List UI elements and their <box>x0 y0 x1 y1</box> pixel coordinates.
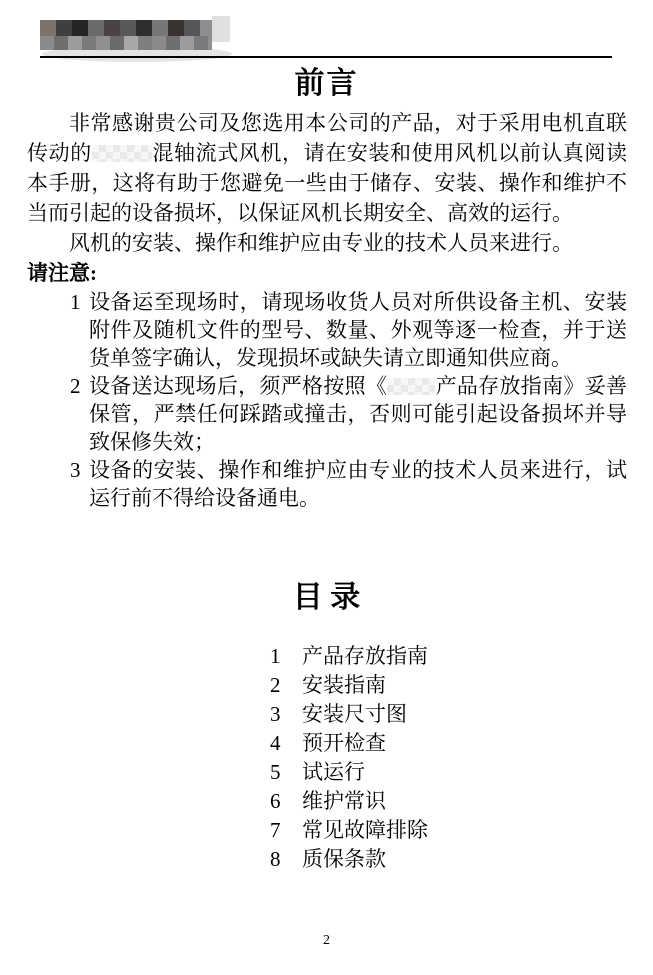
toc-item-label: 产品存放指南 <box>302 642 428 671</box>
preface-paragraph-1: 非常感谢贵公司及您选用本公司的产品，对于采用电机直联传动的混轴流式风机，请在安装… <box>27 108 627 228</box>
toc-item-number: 5 <box>270 758 302 787</box>
document-page: 前言 非常感谢贵公司及您选用本公司的产品，对于采用电机直联传动的混轴流式风机，请… <box>0 0 653 975</box>
toc-item-2: 2 安装指南 <box>270 671 653 700</box>
toc-item-number: 2 <box>270 671 302 700</box>
preface-paragraph-2: 风机的安装、操作和维护应由专业的技术人员来进行。 <box>27 228 627 258</box>
toc-item-number: 6 <box>270 787 302 816</box>
toc-item-6: 6 维护常识 <box>270 787 653 816</box>
notice-item-number: 3 <box>70 456 89 512</box>
toc-item-number: 1 <box>270 642 302 671</box>
notice-item-2-text-before: 设备送达现场后，须严格按照《 <box>89 374 387 398</box>
toc-item-label: 常见故障排除 <box>302 816 428 845</box>
logo-mosaic-row-top <box>40 20 212 36</box>
toc-list: 1 产品存放指南 2 安装指南 3 安装尺寸图 4 预开检查 5 试运行 6 维… <box>270 642 653 874</box>
toc-item-1: 1 产品存放指南 <box>270 642 653 671</box>
notice-heading: 请注意: <box>27 258 653 288</box>
toc-item-5: 5 试运行 <box>270 758 653 787</box>
toc-item-label: 预开检查 <box>302 729 386 758</box>
toc-title: 目 录 <box>0 580 653 616</box>
toc-item-number: 7 <box>270 816 302 845</box>
header-divider-line <box>40 56 612 58</box>
toc-item-number: 4 <box>270 729 302 758</box>
notice-item-1: 1 设备运至现场时，请现场收货人员对所供设备主机、安装附件及随机文件的型号、数量… <box>70 288 627 372</box>
toc-item-number: 8 <box>270 845 302 874</box>
page-content: 前言 非常感谢贵公司及您选用本公司的产品，对于采用电机直联传动的混轴流式风机，请… <box>0 66 653 874</box>
notice-item-2: 2 设备送达现场后，须严格按照《产品存放指南》妥善保管，严禁任何踩踏或撞击，否则… <box>70 372 627 456</box>
toc-item-label: 安装指南 <box>302 671 386 700</box>
page-header <box>0 0 653 60</box>
logo-mosaic-row-bottom <box>40 36 212 50</box>
toc-item-8: 8 质保条款 <box>270 845 653 874</box>
redacted-model-name-block <box>92 145 152 162</box>
toc-item-label: 质保条款 <box>302 845 386 874</box>
notice-item-text: 设备运至现场时，请现场收货人员对所供设备主机、安装附件及随机文件的型号、数量、外… <box>89 288 627 372</box>
notice-item-number: 1 <box>70 288 89 372</box>
notice-item-number: 2 <box>70 372 89 456</box>
redacted-brand-name-block <box>387 378 435 395</box>
toc-item-number: 3 <box>270 700 302 729</box>
toc-item-4: 4 预开检查 <box>270 729 653 758</box>
toc-item-7: 7 常见故障排除 <box>270 816 653 845</box>
logo-mosaic-corner <box>212 16 230 42</box>
brand-logo-area <box>40 16 235 58</box>
preface-title: 前言 <box>0 66 653 102</box>
toc-item-label: 安装尺寸图 <box>302 700 407 729</box>
notice-list: 1 设备运至现场时，请现场收货人员对所供设备主机、安装附件及随机文件的型号、数量… <box>70 288 627 512</box>
notice-item-text: 设备送达现场后，须严格按照《产品存放指南》妥善保管，严禁任何踩踏或撞击，否则可能… <box>89 372 627 456</box>
toc-item-label: 试运行 <box>302 758 365 787</box>
notice-item-3: 3 设备的安装、操作和维护应由专业的技术人员来进行，试运行前不得给设备通电。 <box>70 456 627 512</box>
toc-item-label: 维护常识 <box>302 787 386 816</box>
redacted-brand-logo-icon <box>40 20 212 50</box>
toc-item-3: 3 安装尺寸图 <box>270 700 653 729</box>
page-number: 2 <box>0 933 653 949</box>
notice-item-text: 设备的安装、操作和维护应由专业的技术人员来进行，试运行前不得给设备通电。 <box>89 456 627 512</box>
